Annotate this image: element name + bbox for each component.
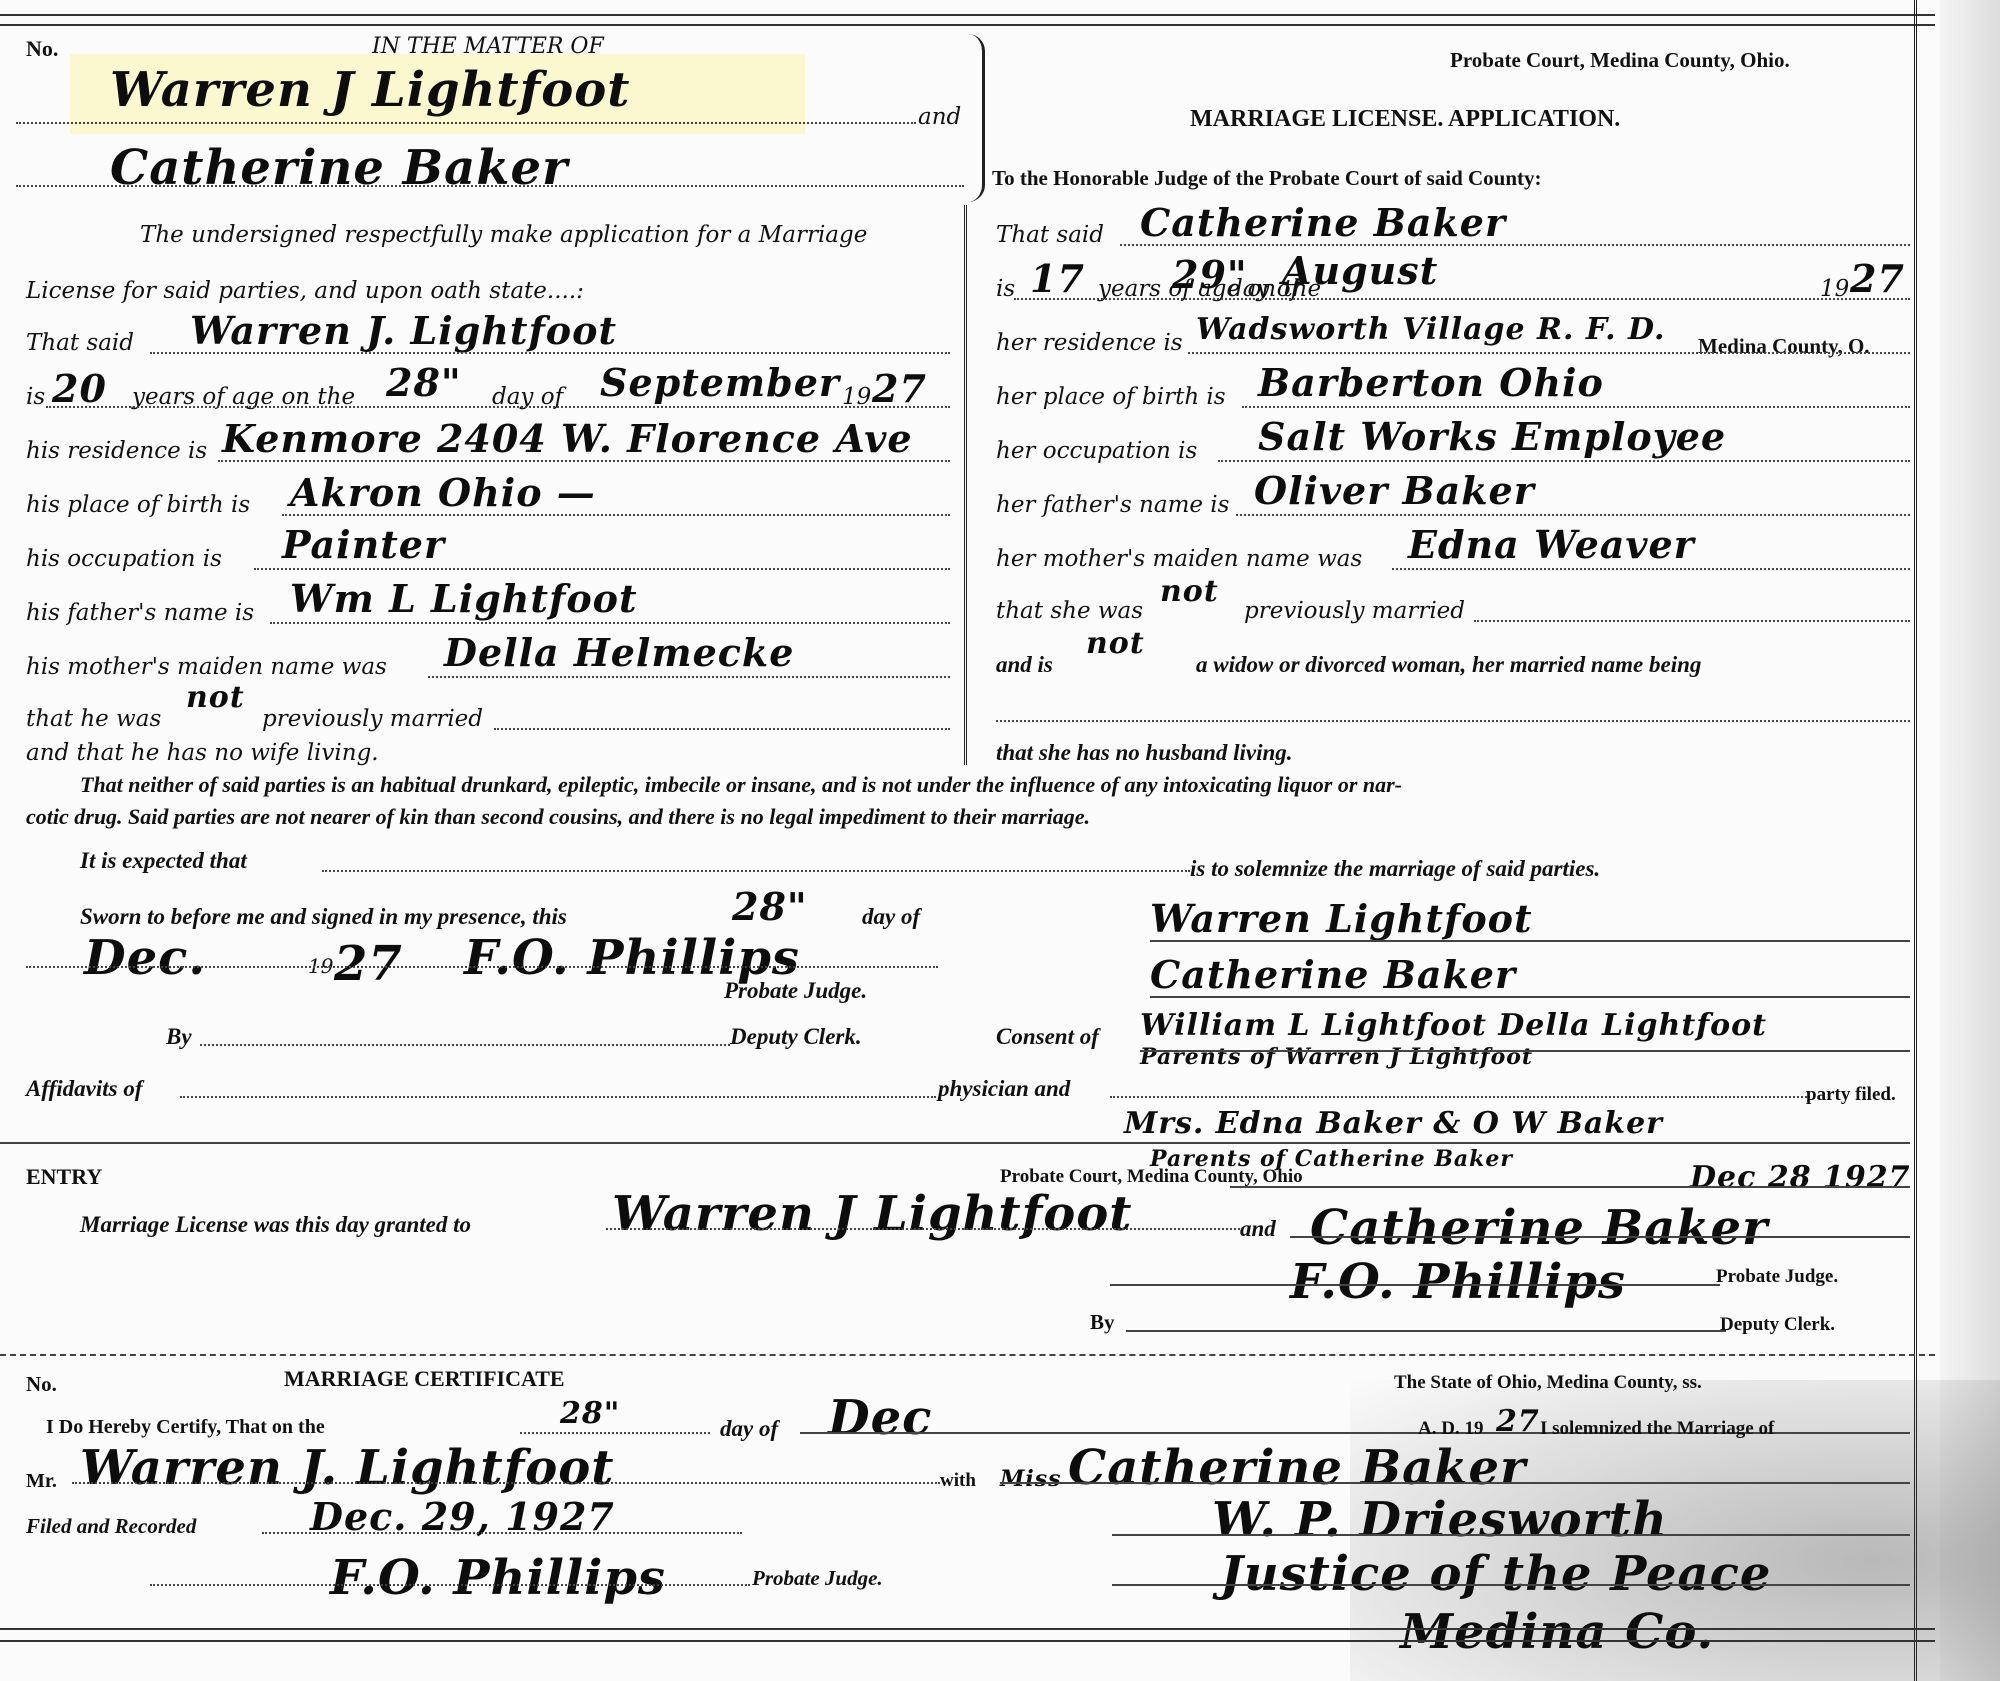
residence-label: his residence is: [26, 438, 207, 464]
sworn-year: 27: [334, 936, 403, 992]
intro-line-2: License for said parties, and upon oath …: [26, 278, 584, 304]
cert-heading: MARRIAGE CERTIFICATE: [284, 1366, 565, 1392]
affidavits-field: [180, 1096, 936, 1098]
rule: [46, 406, 950, 408]
bride-age: 17: [1030, 256, 1085, 301]
consent-label: Consent of: [996, 1024, 1099, 1050]
rule: [1230, 1186, 1910, 1188]
rule: [16, 185, 964, 187]
cert-day-of: day of: [720, 1416, 778, 1442]
deputy-clerk-label: Deputy Clerk.: [730, 1024, 862, 1050]
center-divider: [964, 205, 967, 765]
no-husband-living: that she has no husband living.: [996, 740, 1293, 766]
section-rule: [0, 1354, 1935, 1356]
solemnize-label: is to solemnize the marriage of said par…: [1190, 856, 1600, 882]
rule: [72, 1482, 940, 1484]
bride-mother: Edna Weaver: [1408, 522, 1695, 567]
groom-age: 20: [52, 366, 107, 411]
sworn-judge-title: Probate Judge.: [724, 978, 867, 1004]
by-label: By: [166, 1024, 192, 1050]
physician-label: physician and: [938, 1076, 1070, 1102]
father-label: her father's name is: [996, 492, 1229, 518]
rule: [1236, 514, 1910, 516]
bracket: [968, 34, 985, 202]
affidavits-label: Affidavits of: [26, 1076, 142, 1102]
party-filed-label: party filed.: [1806, 1084, 1896, 1106]
rule: [150, 1584, 750, 1586]
in-the-matter-of: IN THE MATTER OF: [372, 34, 604, 59]
rule: [218, 460, 950, 462]
bride-father: Oliver Baker: [1254, 468, 1535, 513]
bride-birthplace: Barberton Ohio: [1258, 360, 1604, 405]
officiant-signature: W. P. Driesworth: [1212, 1492, 1668, 1548]
rule: [1150, 940, 1910, 942]
rule: [1188, 352, 1910, 354]
rule: [1242, 406, 1910, 408]
sworn-label: Sworn to before me and signed in my pres…: [80, 904, 567, 930]
officiant-field: [322, 870, 1190, 872]
rule: [1474, 620, 1910, 622]
rule: [254, 568, 950, 570]
mother-label: her mother's maiden name was: [996, 546, 1362, 572]
court-name: Probate Court, Medina County, Ohio.: [1450, 48, 1790, 73]
groom-residence: Kenmore 2404 W. Florence Ave: [222, 416, 913, 461]
widow-post: a widow or divorced woman, her married n…: [1196, 652, 1701, 678]
officiant-title: Justice of the Peace: [1220, 1546, 1771, 1602]
occupation-label: his occupation is: [26, 546, 222, 572]
birthplace-label: her place of birth is: [996, 384, 1226, 410]
sworn-month: Dec.: [84, 930, 206, 986]
top-border-inner: [0, 24, 1935, 26]
cert-month: Dec: [828, 1390, 932, 1446]
rule: [1112, 1584, 1910, 1586]
rule: [606, 1228, 1240, 1230]
prev-married-post: previously married: [1244, 598, 1465, 624]
filed-label: Filed and Recorded: [26, 1514, 196, 1539]
expected-label: It is expected that: [80, 848, 247, 874]
cert-groom: Warren J. Lightfoot: [80, 1440, 614, 1496]
cert-day: 28": [560, 1396, 620, 1431]
no-label: No.: [26, 36, 58, 62]
consent-bride-parents: Mrs. Edna Baker & O W Baker: [1124, 1106, 1663, 1141]
entry-deputy-field: [1126, 1330, 1726, 1332]
rule: [1000, 1482, 1910, 1484]
rule: [16, 122, 916, 124]
rule: [1120, 244, 1910, 246]
married-name-field: [996, 720, 1910, 722]
cert-year: 27: [1496, 1404, 1540, 1439]
rule: [1140, 1050, 1910, 1052]
rule: [1392, 568, 1910, 570]
cert-judge-title: Probate Judge.: [752, 1566, 883, 1591]
residence-label: her residence is: [996, 330, 1183, 356]
declaration-line-1: That neither of said parties is an habit…: [80, 772, 1402, 798]
entry-deputy-label: Deputy Clerk.: [1720, 1314, 1835, 1336]
section-rule: [0, 1142, 1910, 1144]
rule: [494, 728, 950, 730]
occupation-label: her occupation is: [996, 438, 1197, 464]
bride-residence: Wadsworth Village R. F. D.: [1196, 312, 1665, 347]
entry-by-label: By: [1090, 1310, 1115, 1335]
bottom-border: [0, 1628, 1935, 1630]
rule: [1014, 298, 1910, 300]
sworn-day: 28": [732, 884, 808, 929]
form-title: MARRIAGE LICENSE. APPLICATION.: [1190, 106, 1620, 133]
entry-and: and: [1240, 1216, 1276, 1242]
rule: [1290, 1236, 1910, 1238]
consent-groom-parents: William L Lightfoot Della Lightfoot: [1140, 1008, 1767, 1043]
intro-line-1: The undersigned respectfully make applic…: [140, 222, 867, 248]
entry-bride: Catherine Baker: [1310, 1200, 1768, 1256]
rule: [1112, 1534, 1910, 1536]
matter-groom-name: Warren J Lightfoot: [110, 62, 630, 118]
rule: [1150, 996, 1910, 998]
top-border: [0, 14, 1935, 16]
consent-groom-note: Parents of Warren J Lightfoot: [1140, 1044, 1533, 1070]
birthplace-label: his place of birth is: [26, 492, 250, 518]
bride-widow-status: not: [1086, 626, 1145, 661]
widow-label: and is: [996, 652, 1053, 678]
rule: [26, 966, 938, 968]
bride-signature: Catherine Baker: [1150, 952, 1516, 997]
bride-occupation: Salt Works Employee: [1258, 414, 1726, 459]
entry-date: Dec 28 1927: [1690, 1160, 1911, 1195]
bride-birth-month: August: [1282, 248, 1438, 293]
matter-bride-name: Catherine Baker: [110, 140, 568, 196]
prev-married-post: previously married: [262, 706, 483, 732]
and-label: and: [918, 104, 961, 130]
rule: [270, 622, 950, 624]
rule: [262, 1532, 742, 1534]
rule: [520, 1432, 710, 1434]
rule: [282, 514, 950, 516]
that-said-label: That said: [996, 222, 1104, 248]
mr-label: Mr.: [26, 1470, 57, 1493]
groom-signature: Warren Lightfoot: [1150, 896, 1533, 941]
entry-judge-signature: F.O. Phillips: [1290, 1254, 1626, 1310]
certify-label: I Do Hereby Certify, That on the: [46, 1416, 325, 1439]
groom-mother: Della Helmecke: [444, 630, 794, 675]
residence-county: Medina County, O.: [1698, 334, 1870, 359]
groom-father: Wm L Lightfoot: [290, 576, 638, 621]
solemnized-label: I solemnized the Marriage of: [1540, 1418, 1774, 1440]
prev-married-label: that she was: [996, 598, 1143, 624]
declaration-line-2: cotic drug. Said parties are not nearer …: [26, 804, 1090, 830]
sworn-day-of: day of: [862, 904, 920, 930]
groom-name: Warren J. Lightfoot: [190, 308, 617, 353]
groom-birth-month: September: [600, 360, 840, 405]
cert-bride: Catherine Baker: [1068, 1440, 1526, 1496]
no-wife-living: and that he has no wife living.: [26, 740, 379, 766]
bride-prev-married: not: [1160, 574, 1219, 609]
father-label: his father's name is: [26, 600, 254, 626]
salutation: To the Honorable Judge of the Probate Co…: [992, 166, 1542, 191]
officiant-location: Medina Co.: [1400, 1604, 1714, 1660]
with-label: with: [940, 1470, 976, 1492]
groom-birthplace: Akron Ohio —: [290, 470, 596, 515]
entry-judge-title: Probate Judge.: [1716, 1266, 1838, 1288]
rule: [150, 352, 950, 354]
age-prefix: is: [26, 384, 45, 410]
rule: [1218, 460, 1910, 462]
cert-state: The State of Ohio, Medina County, ss.: [1394, 1372, 1702, 1394]
cert-judge-signature: F.O. Phillips: [330, 1550, 666, 1606]
mother-label: his mother's maiden name was: [26, 654, 387, 680]
bottom-border-inner: [0, 1640, 1935, 1642]
bride-birth-year: 27: [1850, 256, 1905, 301]
prev-married-label: that he was: [26, 706, 161, 732]
age-prefix: is: [996, 276, 1015, 302]
that-said-label: That said: [26, 330, 134, 356]
rule: [1110, 1096, 1810, 1098]
entry-heading: ENTRY: [26, 1164, 102, 1190]
bride-name: Catherine Baker: [1140, 200, 1506, 245]
entry-groom: Warren J Lightfoot: [612, 1186, 1132, 1242]
rule: [428, 676, 950, 678]
granted-label: Marriage License was this day granted to: [80, 1212, 471, 1238]
groom-birth-day: 28": [386, 360, 462, 405]
groom-prev-married: not: [186, 680, 245, 715]
rule: [1110, 1284, 1720, 1286]
cert-no-label: No.: [26, 1372, 57, 1397]
groom-occupation: Painter: [282, 522, 445, 567]
groom-birth-year: 27: [872, 366, 927, 411]
deputy-clerk-field: [200, 1044, 730, 1046]
cert-bride-prefix: Miss: [1000, 1466, 1061, 1492]
cert-ad-label: A. D. 19: [1418, 1418, 1483, 1440]
entry-court-stamp: Probate Court, Medina County, Ohio: [1000, 1166, 1303, 1188]
